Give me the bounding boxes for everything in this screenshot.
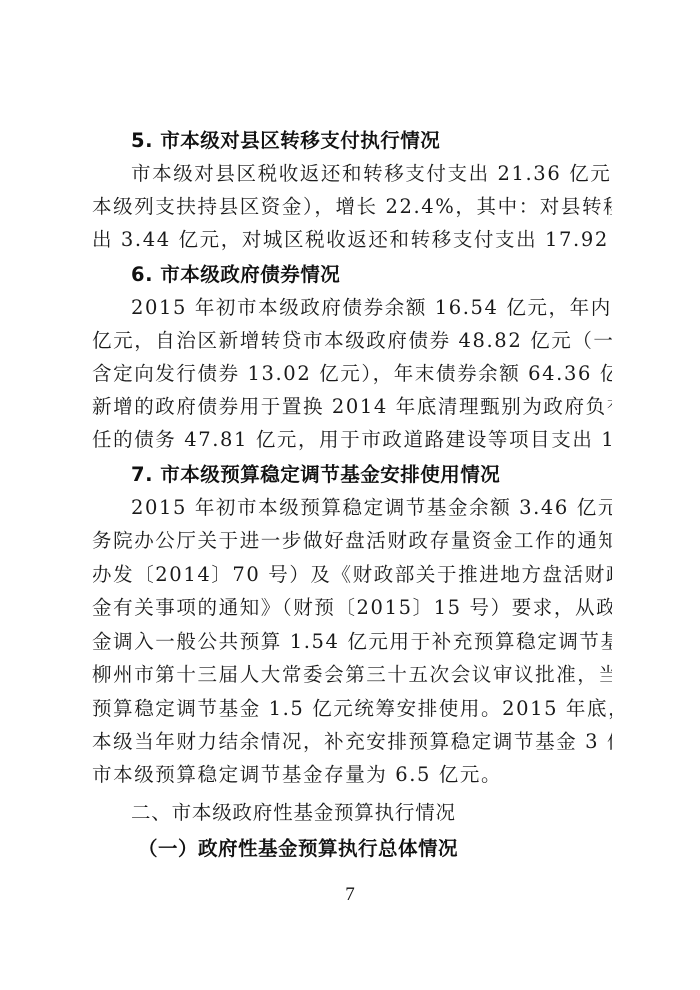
paragraph-line: 含定向发行债券 13.02 亿元），年末债券余额 64.36 亿元。当年 [92,357,612,390]
paragraph-line: 2015 年初市本级政府债券余额 16.54 亿元，年内归还本金 1 [92,291,612,324]
paragraph-line: 预算稳定调节基金 1.5 亿元统筹安排使用。2015 年底，结合市 [92,692,612,725]
paragraph-line: 新增的政府债券用于置换 2014 年底清理甄别为政府负有偿还责 [92,390,612,423]
page-number: 7 [0,884,700,906]
paragraph-line: 市本级预算稳定调节基金存量为 6.5 亿元。 [92,758,612,791]
paragraph-line: 金有关事项的通知》（财预〔2015〕15 号）要求，从政府性基 [92,591,612,624]
part-heading: 二、市本级政府性基金预算执行情况 [92,796,612,829]
section-heading-7: 7. 市本级预算稳定调节基金安排使用情况 [92,458,612,491]
sub-heading: （一）政府性基金预算执行总体情况 [92,832,658,865]
paragraph-line: 亿元，自治区新增转贷市本级政府债券 48.82 亿元（一般债券， [92,324,612,357]
paragraph-line: 办发〔2014〕70 号）及《财政部关于推进地方盘活财政存量资 [92,558,612,591]
paragraph-line: 市本级对县区税收返还和转移支付支出 21.36 亿元(不含市 [92,157,612,190]
paragraph-line: 本级当年财力结余情况，补充安排预算稳定调节基金 3 亿元后， [92,725,612,758]
paragraph-line: 2015 年初市本级预算稳定调节基金余额 3.46 亿元。根据《国 [92,491,612,524]
paragraph-line: 本级列支扶持县区资金），增长 22.4%，其中：对县转移支付支 [92,190,612,223]
paragraph-line: 柳州市第十三届人大常委会第三十五次会议审议批准，当年动用 [92,658,612,691]
section-heading-6: 6. 市本级政府债券情况 [92,258,612,291]
paragraph-line: 出 3.44 亿元，对城区税收返还和转移支付支出 17.92 亿元。 [92,223,612,256]
paragraph-line: 任的债务 47.81 亿元，用于市政道路建设等项目支出 1.01 亿元。 [92,423,612,456]
section-heading-5: 5. 市本级对县区转移支付执行情况 [92,124,612,157]
paragraph-line: 务院办公厅关于进一步做好盘活财政存量资金工作的通知》（国 [92,524,612,557]
paragraph-line: 金调入一般公共预算 1.54 亿元用于补充预算稳定调节基金。经 [92,625,612,658]
